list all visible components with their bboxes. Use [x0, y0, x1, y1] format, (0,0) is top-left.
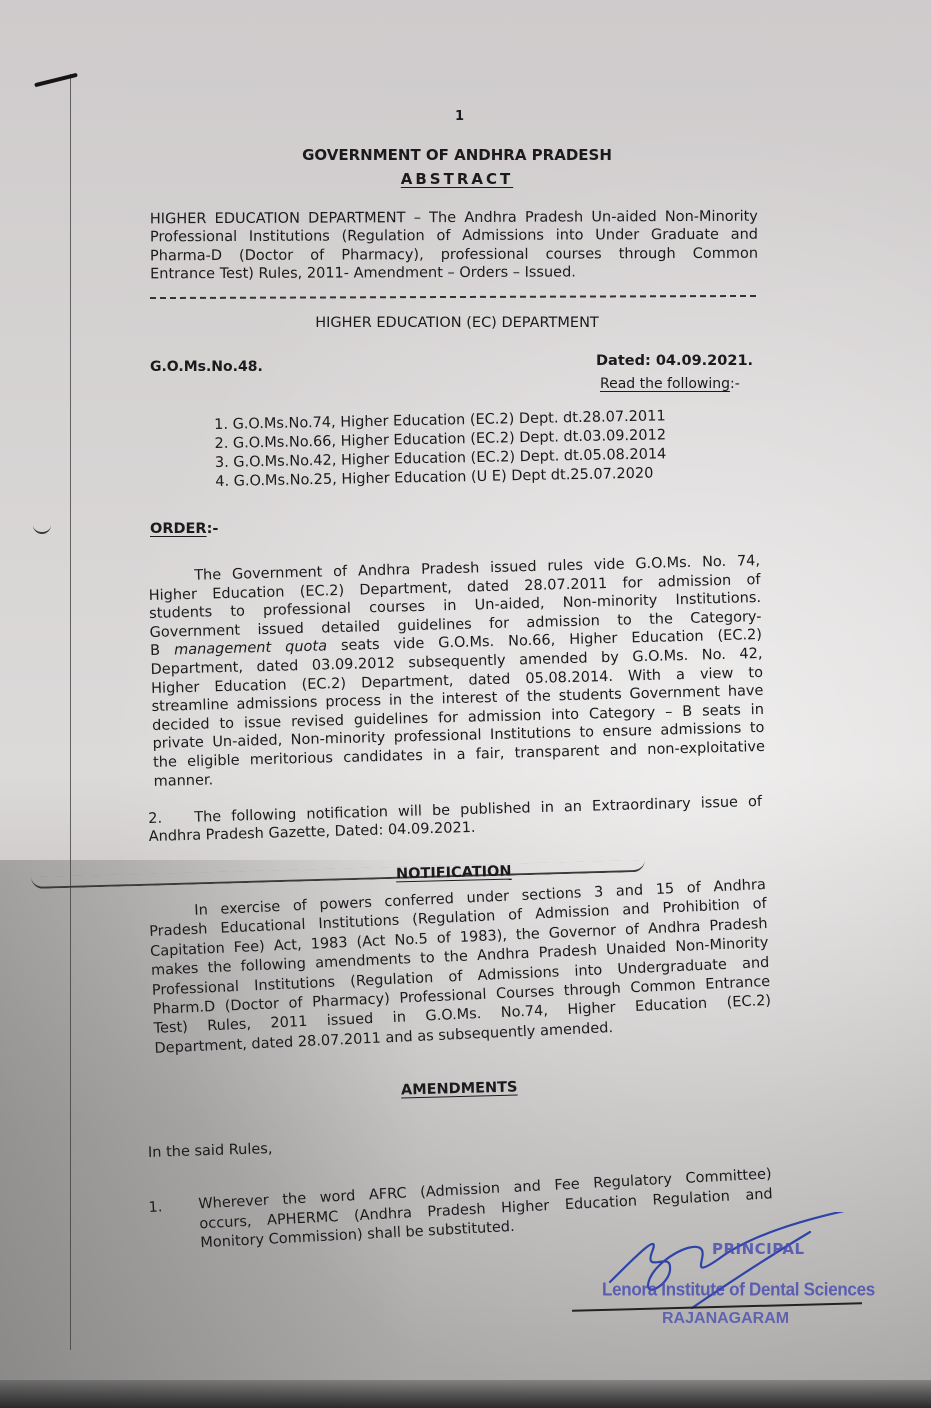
government-order-document: 1 GOVERNMENT OF ANDHRA PRADESH ABSTRACT … [0, 0, 931, 1408]
read-following-label: Read the following:- [600, 375, 740, 393]
amendment-number: 1. [148, 1199, 163, 1216]
department-heading: HIGHER EDUCATION (EC) DEPARTMENT [0, 314, 914, 332]
notification-heading: NOTIFICATION [396, 863, 512, 884]
order-heading: ORDER:- [150, 520, 218, 538]
principal-stamp: PRINCIPAL Lenora Institute of Dental Sci… [600, 1240, 900, 1340]
amendments-heading: AMENDMENTS [401, 1078, 518, 1099]
order-heading-text: ORDER [150, 521, 207, 537]
read-following-text: Read the following [600, 376, 730, 392]
paragraph-number: 2. [148, 809, 194, 829]
amendments-intro: In the said Rules, [148, 1140, 273, 1162]
notification-paragraph: In exercise of powers conferred under se… [148, 876, 772, 1059]
document-title: GOVERNMENT OF ANDHRA PRADESH [0, 146, 914, 164]
subject-line: Professional Institutions (Regulation of… [150, 226, 758, 247]
references-list: 1. G.O.Ms.No.74, Higher Education (EC.2)… [214, 407, 667, 492]
order-date: Dated: 04.09.2021. [596, 352, 753, 370]
go-number: G.O.Ms.No.48. [150, 358, 263, 376]
subject-line: Entrance Test) Rules, 2011- Amendment – … [150, 263, 758, 284]
abstract-heading: ABSTRACT [0, 170, 914, 188]
stamp-institution: Lenora Institute of Dental Sciences [602, 1279, 875, 1301]
stamp-place: RAJANAGARAM [662, 1310, 789, 1328]
stamp-title: PRINCIPAL [712, 1240, 805, 1258]
dashed-divider [150, 295, 756, 299]
order-heading-suffix: :- [207, 521, 219, 537]
order-paragraph: The Government of Andhra Pradesh issued … [148, 552, 766, 791]
page-number: 1 [455, 108, 464, 126]
subject-line: Pharma-D (Doctor of Pharmacy), professio… [150, 244, 758, 265]
table-edge-shadow [0, 1380, 931, 1408]
read-following-suffix: :- [730, 376, 740, 392]
subject-paragraph: HIGHER EDUCATION DEPARTMENT – The Andhra… [150, 208, 758, 284]
order-paragraph-2: 2.The following notification will be pub… [148, 793, 763, 847]
